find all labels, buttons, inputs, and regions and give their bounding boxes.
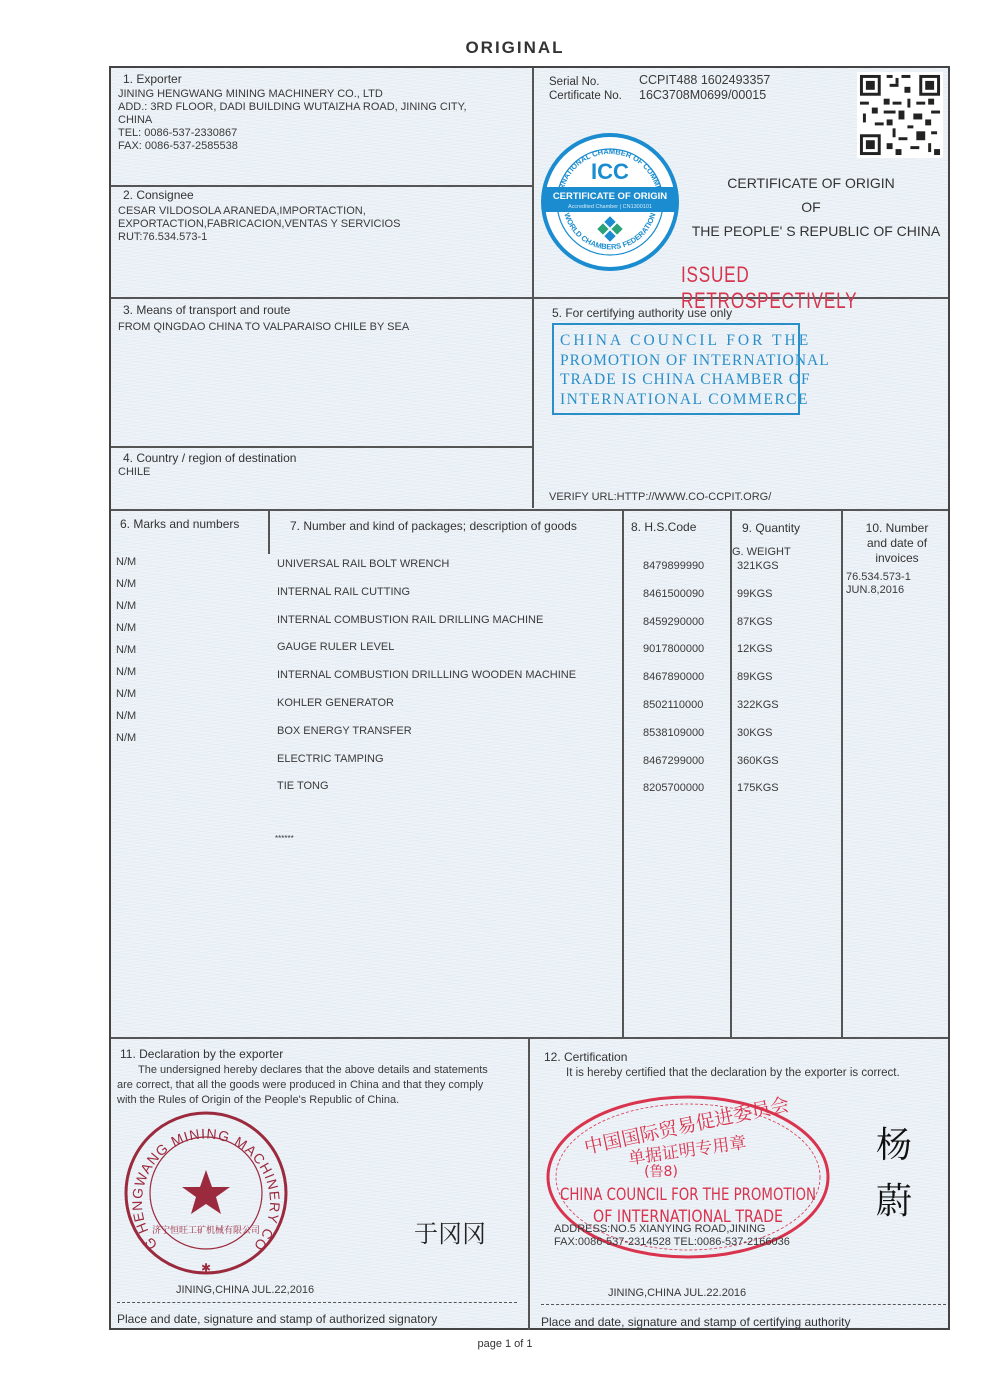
ccpit-stamp-line2: PROMOTION OF INTERNATIONAL: [560, 351, 794, 371]
page-number: page 1 of 1: [0, 1338, 1000, 1350]
destination-label: 4. Country / region of destination: [123, 452, 296, 466]
certificate-value: 16C3708M0699/00015: [639, 89, 766, 103]
declaration-text-line2: are correct, that all the goods were pro…: [117, 1079, 483, 1093]
divider-marks-desc: [268, 509, 270, 554]
verify-url[interactable]: VERIFY URL:HTTP://WWW.CO-CCPIT.ORG/: [549, 491, 771, 505]
exporter-label: 1. Exporter: [123, 73, 182, 87]
declaration-text-line1: The undersigned hereby declares that the…: [138, 1064, 488, 1078]
divider-transport-destination: [111, 446, 532, 448]
qr-code-icon: [857, 72, 943, 158]
consignee-line1: CESAR VILDOSOLA ARANEDA,IMPORTACTION,: [118, 205, 366, 219]
hs-code: 8459290000: [643, 616, 704, 630]
exporter-tel: TEL: 0086-537-2330867: [118, 127, 237, 141]
serial-value: CCPIT488 1602493357: [639, 74, 770, 88]
declaration-signature-line: [117, 1302, 517, 1303]
hs-code: 9017800000: [643, 643, 704, 657]
certificate-form: 1. Exporter JINING HENGWANG MINING MACHI…: [109, 66, 950, 1330]
icc-badge: INTERNATIONAL CHAMBER OF COMMERCE WORLD …: [540, 132, 680, 272]
table-row: KOHLER GENERATOR8502110000322KGS: [111, 697, 841, 717]
svg-text:✱: ✱: [201, 1261, 211, 1275]
goods-description: BOX ENERGY TRANSFER: [277, 725, 412, 739]
header-quantity: 9. Quantity: [742, 522, 800, 536]
hs-code: 8461500090: [643, 588, 704, 602]
table-row: UNIVERSAL RAIL BOLT WRENCH8479899990321K…: [111, 558, 841, 578]
icc-certificate-seal-icon: INTERNATIONAL CHAMBER OF COMMERCE WORLD …: [540, 132, 680, 272]
goods-description: KOHLER GENERATOR: [277, 697, 394, 711]
end-marker: ******: [275, 832, 294, 846]
exporter-company-seal: JINING HENGWANG MINING MACHINERY CO.,LTD…: [121, 1108, 291, 1278]
consignee-label: 2. Consignee: [123, 189, 194, 203]
exporter-address: ADD.: 3RD FLOOR, DADI BUILDING WUTAIZHA …: [118, 101, 467, 115]
hs-code: 8467299000: [643, 755, 704, 769]
declaration-text-line3: with the Rules of Origin of the People's…: [117, 1094, 399, 1108]
exporter-country: CHINA: [118, 114, 152, 128]
certificate-title-line2: OF: [691, 199, 931, 215]
certificate-label: Certificate No.: [549, 90, 622, 104]
gross-weight: 87KGS: [737, 616, 772, 630]
header-marks: 6. Marks and numbers: [120, 518, 239, 532]
svg-text:ICC: ICC: [591, 159, 629, 184]
svg-text:CHINA COUNCIL FOR THE PROMOTIO: CHINA COUNCIL FOR THE PROMOTION: [560, 1185, 816, 1205]
exporter-fax: FAX: 0086-537-2585538: [118, 140, 238, 154]
ccpit-fax-tel: FAX:0086-537-2314528 TEL:0086-537-216603…: [554, 1236, 790, 1250]
document-heading: ORIGINAL: [0, 38, 1000, 58]
goods-description: UNIVERSAL RAIL BOLT WRENCH: [277, 558, 449, 572]
invoice-date: JUN.8,2016: [846, 584, 904, 598]
header-invoice-l1: 10. Number: [847, 522, 947, 536]
gross-weight: 99KGS: [737, 588, 772, 602]
destination-country: CHILE: [118, 466, 150, 480]
table-row: INTERNAL RAIL CUTTING846150009099KGS: [111, 586, 841, 606]
declaration-footer: Place and date, signature and stamp of a…: [117, 1313, 437, 1327]
divider-declaration-certification: [528, 1037, 530, 1330]
hs-code: 8467890000: [643, 671, 704, 685]
goods-description: TIE TONG: [277, 780, 329, 794]
certification-place-date: JINING,CHINA JUL.22.2016: [608, 1287, 746, 1301]
declaration-place-date: JINING,CHINA JUL.22,2016: [176, 1284, 314, 1298]
table-row: INTERNAL COMBUSTION RAIL DRILLING MACHIN…: [111, 614, 841, 634]
certificate-title-line3: THE PEOPLE' S REPUBLIC OF CHINA: [681, 223, 951, 239]
table-row: BOX ENERGY TRANSFER853810900030KGS: [111, 725, 841, 745]
gross-weight: 12KGS: [737, 643, 772, 657]
table-row: ELECTRIC TAMPING8467299000360KGS: [111, 753, 841, 773]
goods-description: GAUGE RULER LEVEL: [277, 641, 394, 655]
table-row: TIE TONG8205700000175KGS: [111, 780, 841, 800]
svg-text:(鲁8): (鲁8): [644, 1164, 678, 1180]
hs-code: 8538109000: [643, 727, 704, 741]
certificate-title-line1: CERTIFICATE OF ORIGIN: [691, 175, 931, 191]
ccpit-stamp-line1: CHINA COUNCIL FOR THE: [560, 331, 794, 351]
ccpit-stamp-line3: TRADE IS CHINA CHAMBER OF: [560, 370, 794, 390]
hs-code: 8205700000: [643, 782, 704, 796]
svg-text:Accredited Chamber | CN1300101: Accredited Chamber | CN1300101: [568, 204, 652, 210]
gross-weight: 322KGS: [737, 699, 779, 713]
qr-code: [857, 72, 943, 158]
divider-table-declaration: [111, 1037, 948, 1039]
header-hs-code: 8. H.S.Code: [631, 521, 696, 535]
goods-description: ELECTRIC TAMPING: [277, 753, 384, 767]
gross-weight: 360KGS: [737, 755, 779, 769]
declaration-label: 11. Declaration by the exporter: [120, 1048, 283, 1062]
header-description: 7. Number and kind of packages; descript…: [290, 520, 577, 534]
goods-description: INTERNAL RAIL CUTTING: [277, 586, 410, 600]
goods-description: INTERNAL COMBUSTION DRILLLING WOODEN MAC…: [277, 669, 576, 683]
ccpit-address: ADDRESS:NO.5 XIANYING ROAD,JINING: [554, 1223, 765, 1237]
table-row: INTERNAL COMBUSTION DRILLLING WOODEN MAC…: [111, 669, 841, 689]
header-invoice-l3: invoices: [847, 552, 947, 566]
header-invoice-l2: and date of: [847, 537, 947, 551]
ccpit-stamp-line4: INTERNATIONAL COMMERCE: [560, 390, 794, 410]
serial-label: Serial No.: [549, 76, 600, 90]
exporter-signature: 于冈冈: [414, 1220, 486, 1248]
gross-weight: 321KGS: [737, 560, 779, 574]
gross-weight: 89KGS: [737, 671, 772, 685]
exporter-name: JINING HENGWANG MINING MACHINERY CO., LT…: [118, 88, 383, 102]
hs-code: 8502110000: [643, 699, 703, 713]
goods-description: INTERNAL COMBUSTION RAIL DRILLING MACHIN…: [277, 614, 543, 628]
hs-code: 8479899990: [643, 560, 704, 574]
table-row: GAUGE RULER LEVEL901780000012KGS: [111, 641, 841, 661]
svg-text:济宁恒旺工矿机械有限公司: 济宁恒旺工矿机械有限公司: [152, 1224, 260, 1236]
divider-qty-invoice: [841, 509, 843, 1037]
transport-label: 3. Means of transport and route: [123, 304, 290, 318]
invoice-number: 76.534.573-1: [846, 571, 911, 585]
certification-footer: Place and date, signature and stamp of c…: [541, 1316, 851, 1330]
certification-label: 12. Certification: [544, 1051, 627, 1065]
certification-text: It is hereby certified that the declarat…: [566, 1067, 900, 1081]
svg-text:CERTIFICATE OF ORIGIN: CERTIFICATE OF ORIGIN: [553, 191, 667, 202]
gross-weight: 30KGS: [737, 727, 772, 741]
divider-exporter-consignee: [111, 185, 532, 187]
consignee-line2: EXPORTACTION,FABRICACION,VENTAS Y SERVIC…: [118, 218, 400, 232]
gross-weight: 175KGS: [737, 782, 779, 796]
certification-signature-line: [541, 1304, 946, 1305]
consignee-rut: RUT:76.534.573-1: [118, 231, 207, 245]
company-seal-icon: JINING HENGWANG MINING MACHINERY CO.,LTD…: [121, 1108, 291, 1278]
divider-header-table: [111, 509, 948, 511]
certifier-signature: 杨蔚: [876, 1118, 926, 1230]
transport-route: FROM QINGDAO CHINA TO VALPARAISO CHILE B…: [118, 321, 409, 335]
divider-vertical-top: [532, 68, 534, 508]
certifying-use-label: 5. For certifying authority use only: [552, 307, 732, 321]
ccpit-box-stamp: CHINA COUNCIL FOR THE PROMOTION OF INTER…: [552, 323, 800, 415]
